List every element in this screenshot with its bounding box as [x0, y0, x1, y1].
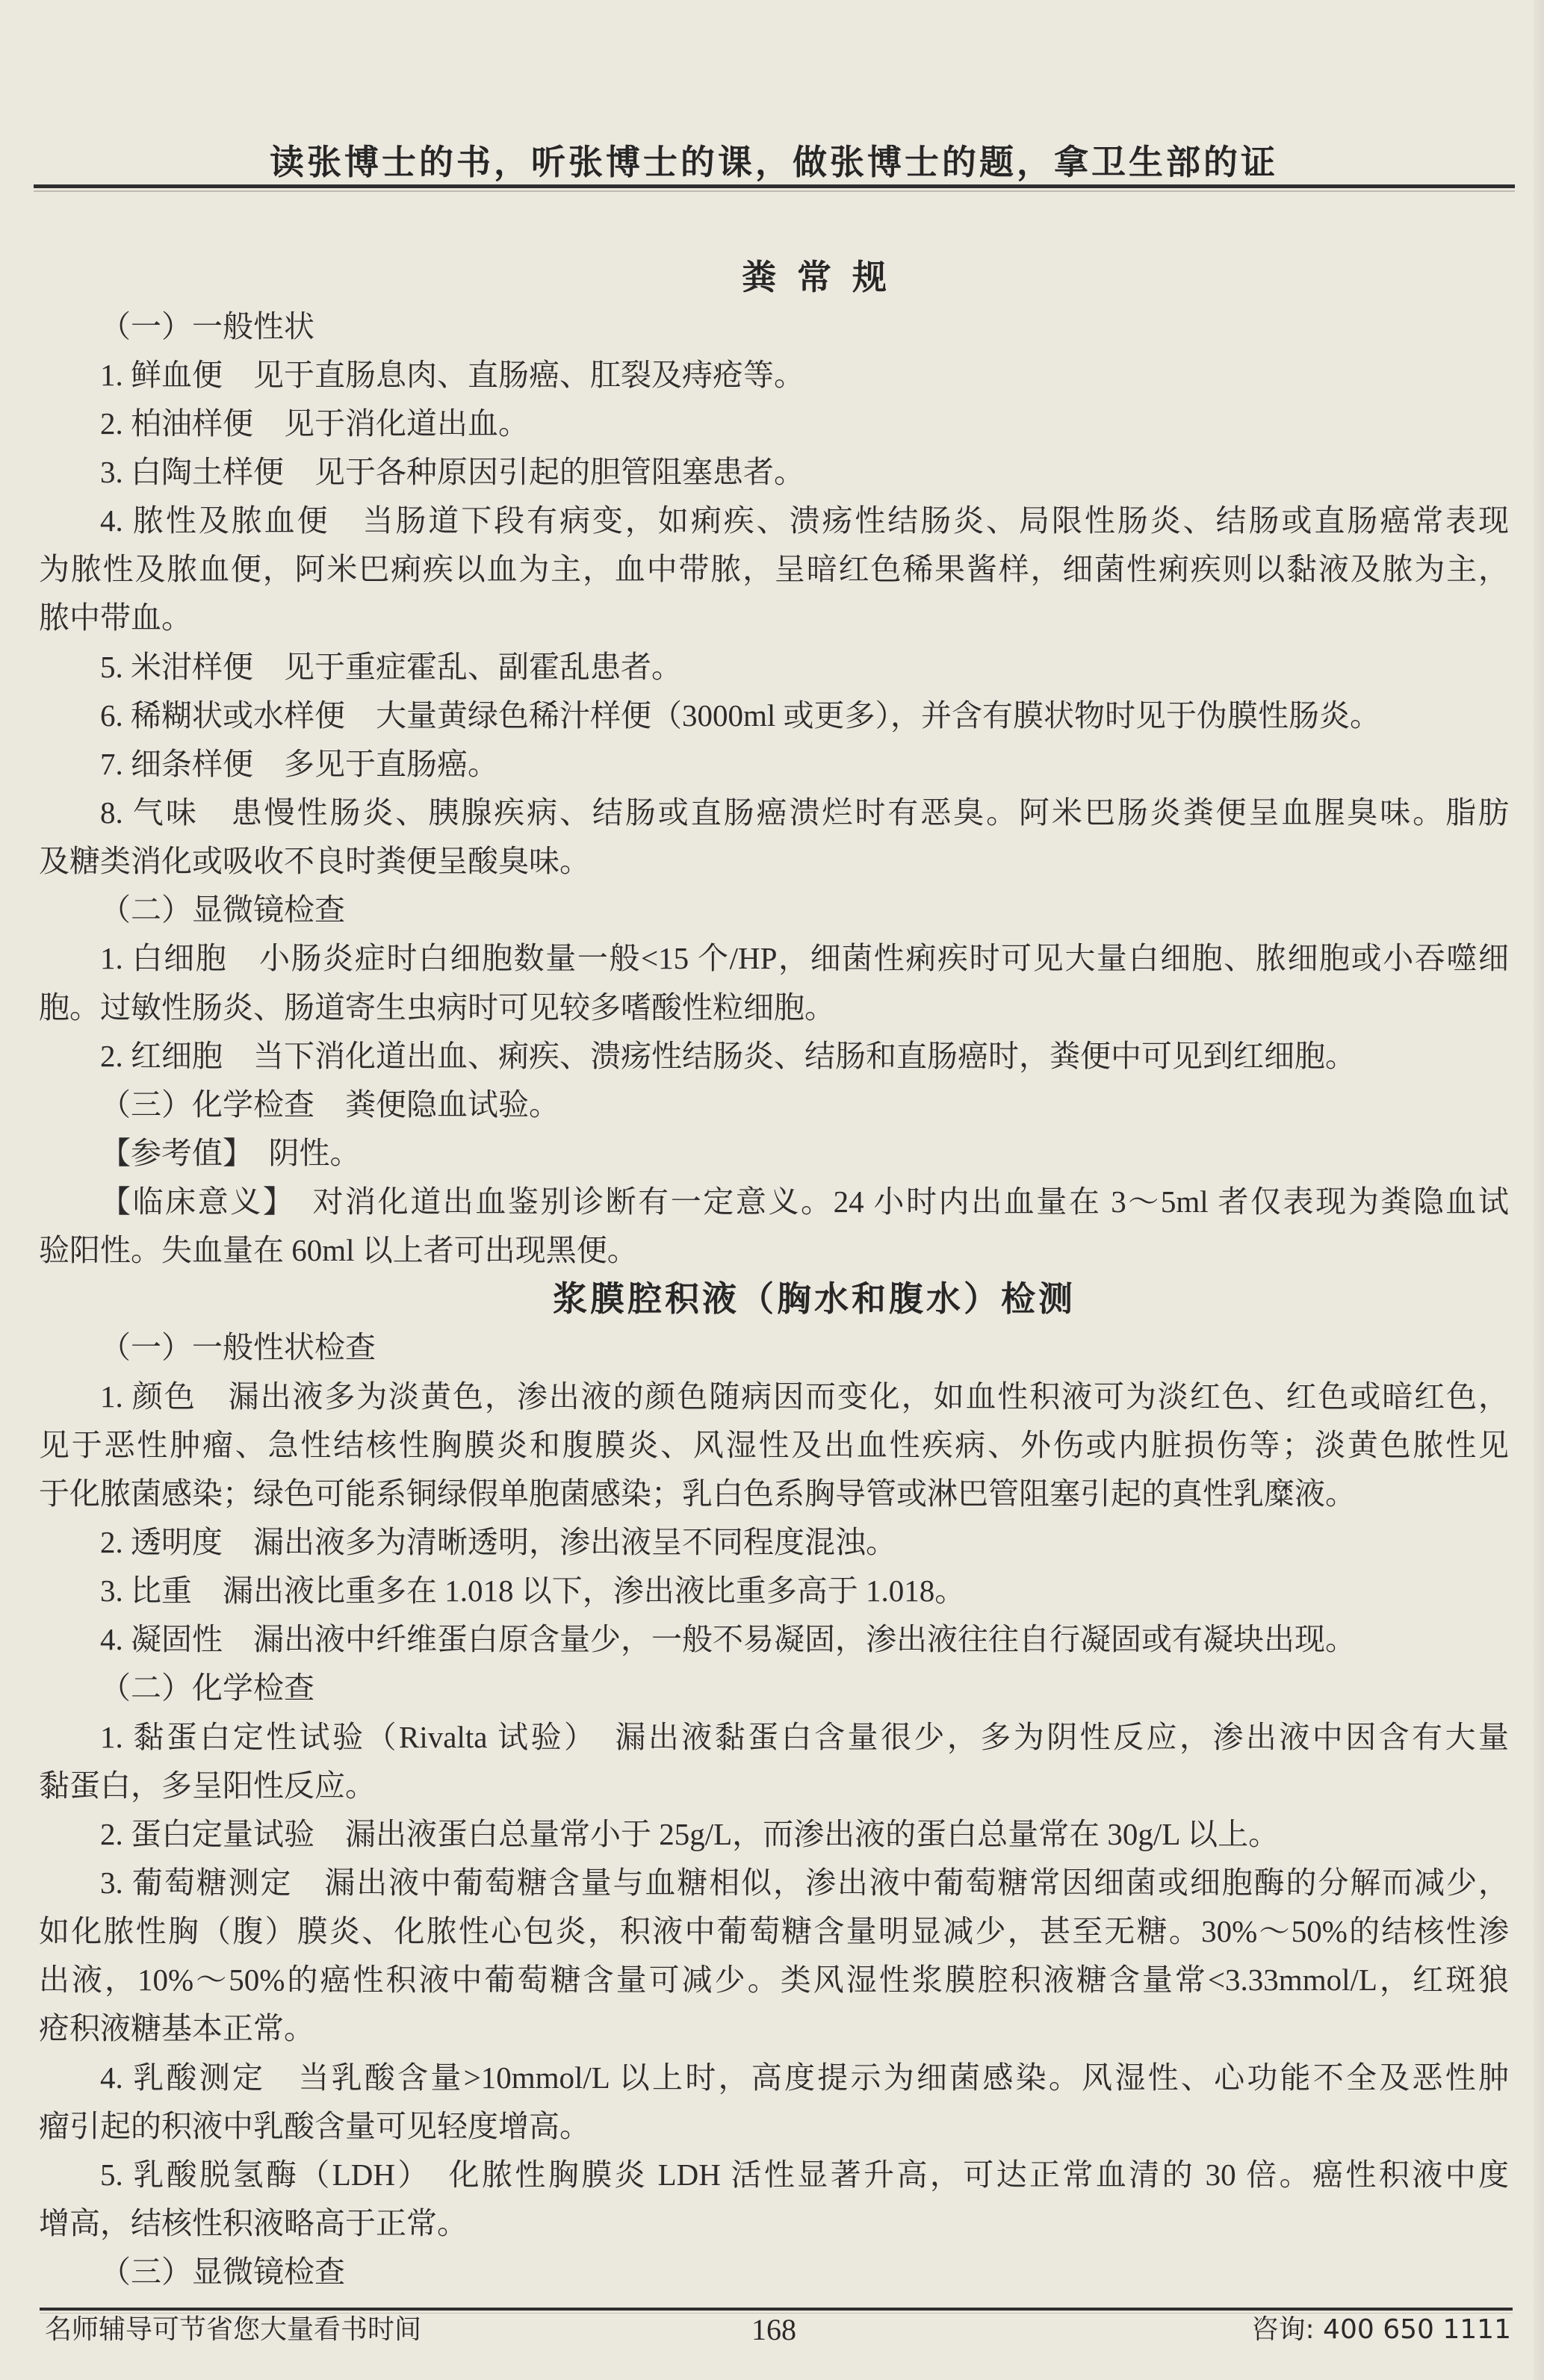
effusion-chemistry-item-5-line-2: 增高，结核性积液略高于正常。: [39, 2199, 1509, 2248]
effusion-chemistry-item-3-line-2: 如化脓性胸（腹）膜炎、化脓性心包炎，积液中葡萄糖含量明显减少，甚至无糖。30%～…: [39, 1907, 1509, 1956]
subheading-stool-microscopy: （二）显微镜检查: [39, 886, 1509, 934]
effusion-general-item-1-line-3: 于化脓菌感染；绿色可能系铜绿假单胞菌感染；乳白色系胸导管或淋巴管阻塞引起的真性乳…: [39, 1470, 1509, 1518]
effusion-general-item-1-line-2: 见于恶性肿瘤、急性结核性胸膜炎和腹膜炎、风湿性及出血性疾病、外伤或内脏损伤等；淡…: [39, 1421, 1509, 1470]
footer-contact: 咨询: 400 650 1111: [1251, 2315, 1511, 2345]
page-body: 粪常规 （一）一般性状 1. 鲜血便 见于直肠息肉、直肠癌、肛裂及痔疮等。 2.…: [39, 253, 1509, 2296]
stool-general-item-2-line-1: 2. 柏油样便 见于消化道出血。: [39, 400, 1509, 448]
section-title-stool-routine: 粪常规: [39, 253, 1509, 302]
stool-reference-value: 【参考值】 阴性。: [39, 1129, 1509, 1178]
stool-microscopy-item-2-line-1: 2. 红细胞 当下消化道出血、痢疾、溃疡性结肠炎、结肠和直肠癌时，粪便中可见到红…: [39, 1032, 1509, 1081]
effusion-chemistry-item-3-line-4: 疮积液糖基本正常。: [39, 2004, 1509, 2053]
stool-general-item-4-line-3: 脓中带血。: [39, 594, 1509, 642]
subheading-stool-general-properties: （一）一般性状: [39, 302, 1509, 351]
stool-clinical-significance-line-1: 【临床意义】 对消化道出血鉴别诊断有一定意义。24 小时内出血量在 3～5ml …: [39, 1178, 1509, 1226]
stool-general-item-7-line-1: 7. 细条样便 多见于直肠癌。: [39, 740, 1509, 789]
stool-general-item-4-line-2: 为脓性及脓血便，阿米巴痢疾以血为主，血中带脓，呈暗红色稀果酱样，细菌性痢疾则以黏…: [39, 545, 1509, 594]
header-rule: [34, 184, 1515, 188]
section-title-serous-effusion: 浆膜腔积液（胸水和腹水）检测: [39, 1275, 1509, 1323]
header-rule-thin: [34, 190, 1515, 192]
running-header-title: 读张博士的书，听张博士的课，做张博士的题，拿卫生部的证: [39, 142, 1509, 182]
effusion-general-item-2-line-1: 2. 透明度 漏出液多为清晰透明，渗出液呈不同程度混浊。: [39, 1518, 1509, 1567]
stool-general-item-4-line-1: 4. 脓性及脓血便 当肠道下段有病变，如痢疾、溃疡性结肠炎、局限性肠炎、结肠或直…: [39, 497, 1509, 545]
effusion-chemistry-item-4-line-1: 4. 乳酸测定 当乳酸含量>10mmol/L 以上时，高度提示为细菌感染。风湿性…: [39, 2054, 1509, 2102]
stool-clinical-significance-line-2: 验阳性。失血量在 60ml 以上者可出现黑便。: [39, 1226, 1509, 1275]
subheading-effusion-microscopy: （三）显微镜检查: [39, 2248, 1509, 2296]
page-edge-shadow: [1534, 0, 1544, 2380]
effusion-chemistry-item-3-line-3: 出液，10%～50%的癌性积液中葡萄糖含量可减少。类风湿性浆膜腔积液糖含量常<3…: [39, 1956, 1509, 2004]
stool-general-item-8-line-2: 及糖类消化或吸收不良时粪便呈酸臭味。: [39, 837, 1509, 886]
effusion-chemistry-item-4-line-2: 瘤引起的积液中乳酸含量可见轻度增高。: [39, 2102, 1509, 2151]
stool-general-item-6-line-1: 6. 稀糊状或水样便 大量黄绿色稀汁样便（3000ml 或更多），并含有膜状物时…: [39, 692, 1509, 740]
effusion-chemistry-item-1-line-1: 1. 黏蛋白定性试验（Rivalta 试验） 漏出液黏蛋白含量很少，多为阴性反应…: [39, 1713, 1509, 1762]
stool-general-item-1-line-1: 1. 鲜血便 见于直肠息肉、直肠癌、肛裂及痔疮等。: [39, 351, 1509, 400]
footer-rule: [40, 2308, 1513, 2311]
subheading-stool-chemistry: （三）化学检查 粪便隐血试验。: [39, 1081, 1509, 1129]
stool-general-item-3-line-1: 3. 白陶土样便 见于各种原因引起的胆管阻塞患者。: [39, 448, 1509, 497]
effusion-chemistry-item-3-line-1: 3. 葡萄糖测定 漏出液中葡萄糖含量与血糖相似，渗出液中葡萄糖常因细菌或细胞酶的…: [39, 1859, 1509, 1907]
stool-general-item-5-line-1: 5. 米泔样便 见于重症霍乱、副霍乱患者。: [39, 643, 1509, 692]
stool-microscopy-item-1-line-1: 1. 白细胞 小肠炎症时白细胞数量一般<15 个/HP，细菌性痢疾时可见大量白细…: [39, 934, 1509, 983]
subheading-effusion-general-properties: （一）一般性状检查: [39, 1323, 1509, 1372]
stool-general-item-8-line-1: 8. 气味 患慢性肠炎、胰腺疾病、结肠或直肠癌溃烂时有恶臭。阿米巴肠炎粪便呈血腥…: [39, 789, 1509, 837]
subheading-effusion-chemistry: （二）化学检查: [39, 1664, 1509, 1712]
effusion-chemistry-item-1-line-2: 黏蛋白，多呈阳性反应。: [39, 1762, 1509, 1810]
effusion-general-item-1-line-1: 1. 颜色 漏出液多为淡黄色，渗出液的颜色随病因而变化，如血性积液可为淡红色、红…: [39, 1373, 1509, 1421]
effusion-chemistry-item-5-line-1: 5. 乳酸脱氢酶（LDH） 化脓性胸膜炎 LDH 活性显著升高，可达正常血清的 …: [39, 2151, 1509, 2199]
effusion-general-item-3-line-1: 3. 比重 漏出液比重多在 1.018 以下，渗出液比重多高于 1.018。: [39, 1567, 1509, 1615]
effusion-chemistry-item-2-line-1: 2. 蛋白定量试验 漏出液蛋白总量常小于 25g/L，而渗出液的蛋白总量常在 3…: [39, 1810, 1509, 1859]
effusion-general-item-4-line-1: 4. 凝固性 漏出液中纤维蛋白原含量少，一般不易凝固，渗出液往往自行凝固或有凝块…: [39, 1615, 1509, 1664]
stool-microscopy-item-1-line-2: 胞。过敏性肠炎、肠道寄生虫病时可见较多嗜酸性粒细胞。: [39, 984, 1509, 1032]
